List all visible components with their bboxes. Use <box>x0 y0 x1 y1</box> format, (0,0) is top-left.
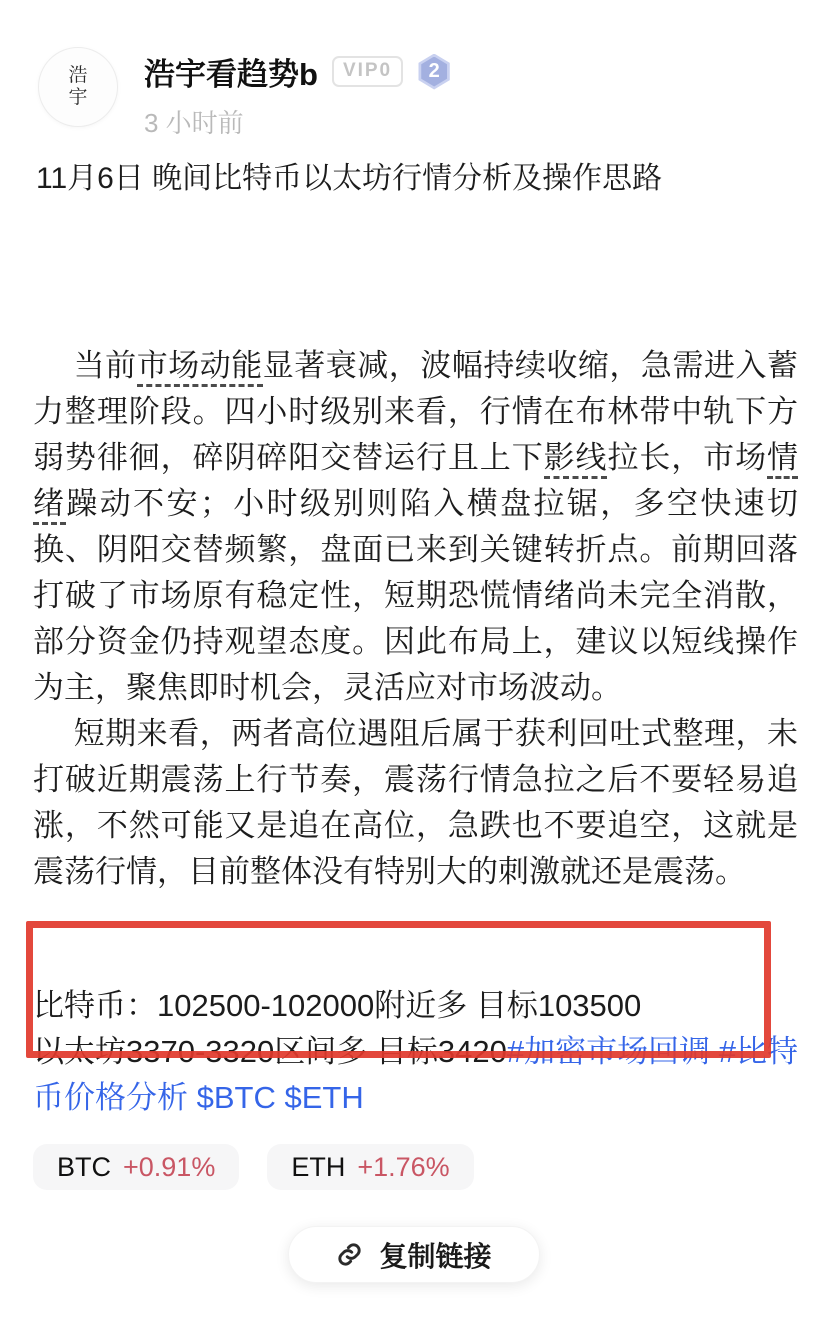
copy-link-button[interactable]: 复制链接 <box>288 1226 540 1283</box>
text-segment: 拉长，市场 <box>607 440 767 475</box>
name-row: 浩宇看趋势b VIP0 2 <box>144 49 451 94</box>
ticker-btc[interactable]: BTC +0.91% <box>33 1144 239 1190</box>
paragraph-2: 短期来看，两者高位遇阻后属于获利回吐式整理，未打破近期震荡上行节奏，震荡行情急拉… <box>33 711 798 895</box>
ticker-row: BTC +0.91% ETH +1.76% <box>33 1144 828 1190</box>
ticker-btc-change: +0.91% <box>123 1152 215 1183</box>
text-segment: 躁动不安；小时级别则陷入横盘拉锯，多空快速切换、阴阳交替频繁，盘面已来到关键转折… <box>33 486 798 705</box>
avatar-text-line1: 浩 <box>68 65 88 87</box>
paragraph-1: 当前市场动能显著衰减，波幅持续收缩，急需进入蓄力整理阶段。四小时级别来看，行情在… <box>33 343 798 711</box>
underlined-phrase: 影线 <box>544 440 608 479</box>
username[interactable]: 浩宇看趋势b <box>144 49 318 94</box>
name-block: 浩宇看趋势b VIP0 2 3 小时前 <box>144 47 451 127</box>
level-badge-number: 2 <box>429 60 440 83</box>
ticker-btc-symbol: BTC <box>57 1152 111 1183</box>
cashtag-btc[interactable]: $BTC <box>197 1080 276 1115</box>
hashtag-market-pullback[interactable]: #加密市场回调 <box>507 1034 710 1069</box>
link-icon <box>336 1241 363 1268</box>
post-title: 11月6日 晚间比特币以太坊行情分析及操作思路 <box>36 158 792 200</box>
ticker-eth[interactable]: ETH +1.76% <box>267 1144 473 1190</box>
ticker-eth-symbol: ETH <box>291 1152 345 1183</box>
btc-signal-line: 比特币：102500-102000附近多 目标103500 <box>33 988 641 1023</box>
vip-badge: VIP0 <box>332 56 403 87</box>
post-header: 浩 宇 浩宇看趋势b VIP0 2 3 小时前 <box>38 47 828 127</box>
avatar-text-line2: 宇 <box>68 87 88 109</box>
signal-block: 比特币：102500-102000附近多 目标103500以太坊3370-332… <box>33 983 798 1121</box>
eth-signal-line: 以太坊3370-3320区间多 目标3420 <box>33 1034 507 1069</box>
post-page: 浩 宇 浩宇看趋势b VIP0 2 3 小时前 11月6日 晚间比特币以太坊行情… <box>0 0 828 1322</box>
copy-link-label: 复制链接 <box>379 1235 491 1275</box>
underlined-phrase: 市场动能 <box>137 348 263 387</box>
ticker-eth-change: +1.76% <box>357 1152 449 1183</box>
cashtag-eth[interactable]: $ETH <box>285 1080 364 1115</box>
avatar[interactable]: 浩 宇 <box>38 47 118 127</box>
timestamp: 3 小时前 <box>144 103 451 140</box>
level-badge: 2 <box>417 54 451 90</box>
text-segment: 当前 <box>33 348 137 383</box>
